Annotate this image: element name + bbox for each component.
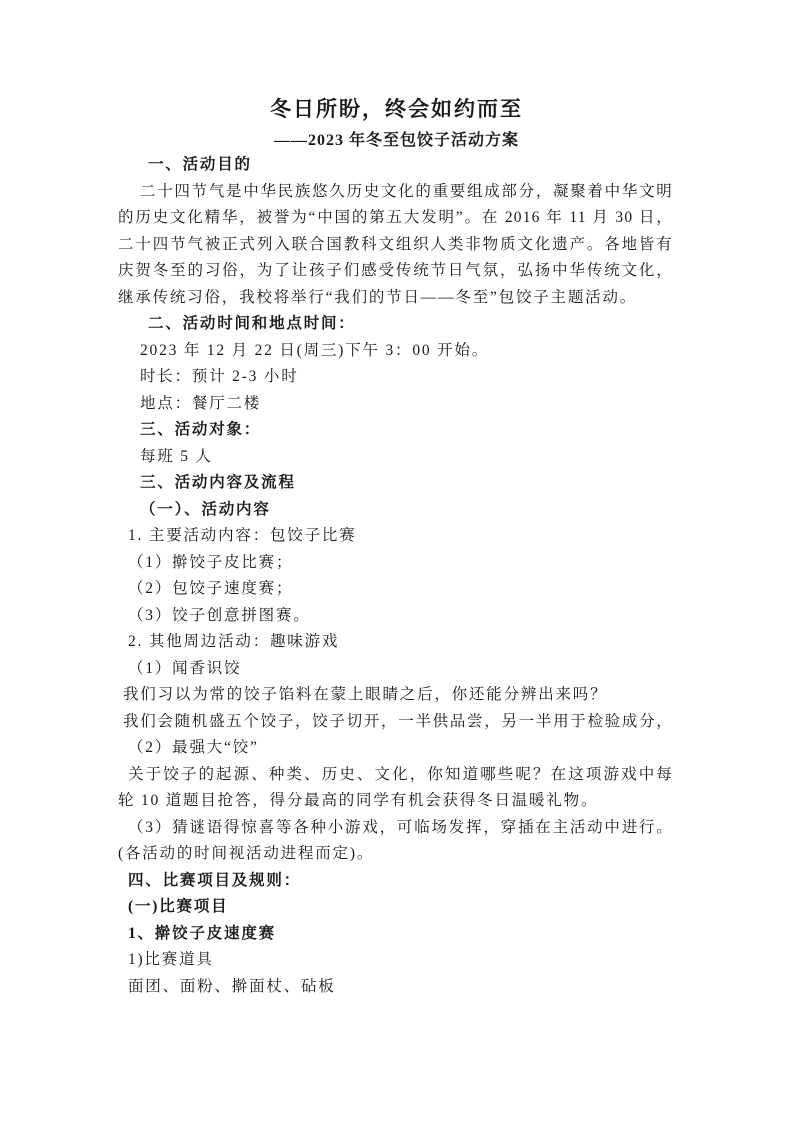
document-title: 冬日所盼，终会如约而至 bbox=[0, 94, 793, 124]
document-line: （3）猜谜语得惊喜等各种小游戏，可临场发挥，穿插在主活动中进行。 bbox=[118, 815, 673, 842]
document-page: 冬日所盼，终会如约而至 ——2023 年冬至包饺子活动方案 一、活动目的 二十四… bbox=[0, 0, 793, 1122]
document-line: （一）、活动内容 bbox=[118, 497, 673, 524]
document-body: 一、活动目的 二十四节气是中华民族悠久历史文化的重要组成部分，凝聚着中华文明 的… bbox=[118, 152, 673, 1000]
document-line: 2. 其他周边活动：趣味游戏 bbox=[118, 629, 673, 656]
document-line: （3）饺子创意拼图赛。 bbox=[118, 603, 673, 630]
document-line: 每班 5 人 bbox=[118, 444, 673, 471]
document-line: （1）闻香识饺 bbox=[118, 656, 673, 683]
document-line: (各活动的时间视活动进程而定)。 bbox=[118, 841, 673, 868]
document-line: 的历史文化精华，被誉为“中国的第五大发明”。在 2016 年 11 月 30 日… bbox=[118, 205, 673, 232]
document-line: 地点：餐厅二楼 bbox=[118, 391, 673, 418]
document-line: 二十四节气被正式列入联合国教科文组织人类非物质文化遗产。各地皆有 bbox=[118, 232, 673, 259]
document-line: 关于饺子的起源、种类、历史、文化，你知道哪些呢？在这项游戏中每 bbox=[118, 762, 673, 789]
document-line: 四、比赛项目及规则： bbox=[118, 868, 673, 895]
document-line: 时长：预计 2-3 小时 bbox=[118, 364, 673, 391]
document-line: 2023 年 12 月 22 日(周三)下午 3：00 开始。 bbox=[118, 338, 673, 365]
document-line: 1、擀饺子皮速度赛 bbox=[118, 921, 673, 948]
document-line: 二、活动时间和地点时间： bbox=[118, 311, 673, 338]
document-line: 三、活动对象： bbox=[118, 417, 673, 444]
document-line: 我们习以为常的饺子馅料在蒙上眼睛之后，你还能分辨出来吗？ bbox=[118, 682, 673, 709]
document-subtitle: ——2023 年冬至包饺子活动方案 bbox=[0, 130, 793, 152]
document-line: 庆贺冬至的习俗，为了让孩子们感受传统节日气氛，弘扬中华传统文化， bbox=[118, 258, 673, 285]
document-line: (一)比赛项目 bbox=[118, 894, 673, 921]
document-line: 一、活动目的 bbox=[118, 152, 673, 179]
document-line: 1. 主要活动内容：包饺子比赛 bbox=[118, 523, 673, 550]
document-line: 面团、面粉、擀面杖、砧板 bbox=[118, 974, 673, 1001]
document-line: 继承传统习俗，我校将举行“我们的节日——冬至”包饺子主题活动。 bbox=[118, 285, 673, 312]
document-line: 我们会随机盛五个饺子，饺子切开，一半供品尝，另一半用于检验成分， bbox=[118, 709, 673, 736]
document-line: （2）最强大“饺” bbox=[118, 735, 673, 762]
document-line: 二十四节气是中华民族悠久历史文化的重要组成部分，凝聚着中华文明 bbox=[118, 179, 673, 206]
document-line: 轮 10 道题目抢答，得分最高的同学有机会获得冬日温暖礼物。 bbox=[118, 788, 673, 815]
document-line: （1）擀饺子皮比赛； bbox=[118, 550, 673, 577]
document-line: 1)比赛道具 bbox=[118, 947, 673, 974]
document-line: 三、活动内容及流程 bbox=[118, 470, 673, 497]
document-line: （2）包饺子速度赛； bbox=[118, 576, 673, 603]
